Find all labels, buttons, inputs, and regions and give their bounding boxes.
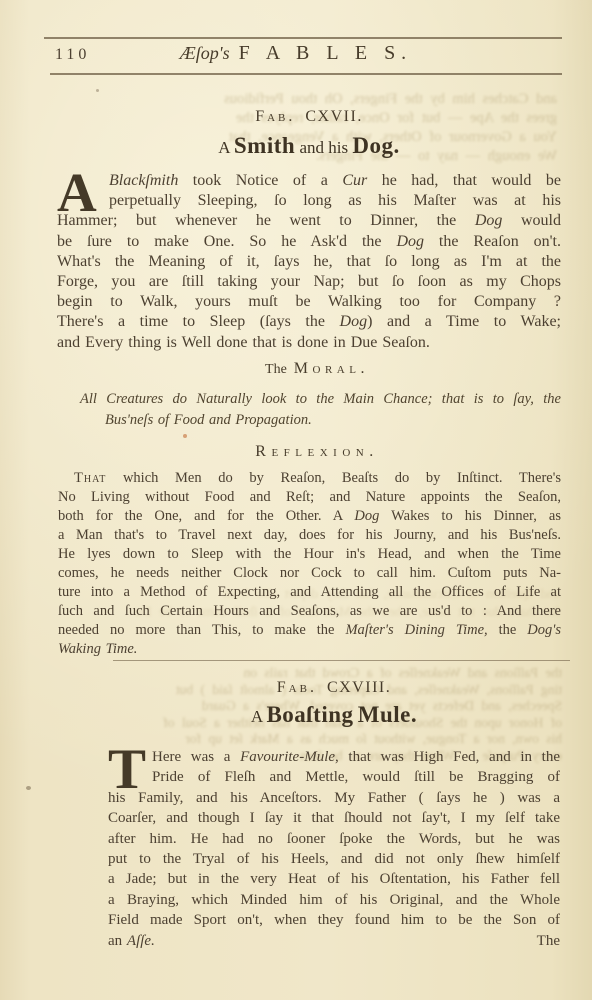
running-header-caps: F A B L E S. bbox=[239, 42, 413, 64]
fable-117-text-line: Forge, you are ſtill taking your Nap; bu… bbox=[57, 272, 561, 292]
bleedthrough-line: and Catches him by the Fingers, Oh thou … bbox=[57, 90, 557, 109]
fable-118-text-line: after him. He had no ſooner ſpoke the Wo… bbox=[108, 829, 560, 849]
fable-118-text: T Here was a Favourite-Mule, that was Hi… bbox=[108, 747, 560, 951]
fable-118-number-heading: Fab.CXVIII. bbox=[108, 679, 560, 697]
reflexion-text: That which Men do by Reaſon, Beaſts do b… bbox=[58, 469, 561, 659]
reflexion-text-line: He lyes down to Sleep with the Hour in's… bbox=[58, 545, 561, 564]
moral-heading-the: The bbox=[265, 362, 287, 377]
fable-117-text-line: There's a time to Sleep (ſays the Dog) a… bbox=[57, 312, 561, 332]
fable-117-title: A Smith and his Dog. bbox=[57, 133, 561, 159]
fable-118-text-line: a Braying, which Minded him of his Origi… bbox=[108, 890, 560, 910]
ink-speck bbox=[96, 89, 99, 92]
fab-numeral: CXVIII. bbox=[327, 679, 391, 696]
fable-118-text-line: his Family, and his Anceſtors. My Father… bbox=[108, 788, 560, 808]
title-roman-words: and his bbox=[299, 138, 348, 157]
reflexion-text-line: comes, he needs neither Clock nor Cock t… bbox=[58, 564, 561, 583]
reflexion-text-line: needed no more than This, to make the Ma… bbox=[58, 621, 561, 640]
fable-117-number-heading: Fab.CXVII. bbox=[57, 108, 561, 126]
fable-117-text-line: be ſure to make One. So he Ask'd the Dog… bbox=[57, 232, 561, 252]
fable-117-text-line: What's the Meaning of it, ſays he, that … bbox=[57, 252, 561, 272]
fable-118-text-line: Pride of Fleſh and Mettle, would ſtill b… bbox=[108, 767, 560, 787]
dropcap-a: A bbox=[57, 171, 109, 211]
section-divider-rule bbox=[113, 660, 570, 661]
fable-118-text-line: put to the Tryal of his Heels, and did n… bbox=[108, 849, 560, 869]
reflexion-text-line: ture into a Method of Expecting, and Att… bbox=[58, 583, 561, 602]
reflexion-text-line: a Man that's to Travel next day, does fo… bbox=[58, 526, 561, 545]
reflexion-text-line: both for the One, and for the Other. A D… bbox=[58, 507, 561, 526]
fab-label: Fab. bbox=[277, 679, 317, 696]
fable-118-text-line: a Jade; but in the very Heat of his Oſte… bbox=[108, 869, 560, 889]
reflexion-text-line: ſuch and ſuch Certain Hours and Seaſons,… bbox=[58, 602, 561, 621]
title-letter: A bbox=[218, 138, 229, 157]
catchword: The bbox=[537, 931, 560, 951]
fable-118-text-line: Coarſer, and though I ſay it that ſhould… bbox=[108, 808, 560, 828]
dropcap-t: T bbox=[108, 747, 152, 787]
moral-heading-word: Moral. bbox=[294, 360, 369, 377]
title-blackletter-word: Dog. bbox=[352, 133, 399, 158]
reflexion-heading-word: Reflexion. bbox=[255, 443, 378, 460]
header-rule-bottom bbox=[50, 73, 562, 75]
fable-117-text: A Blackſmith took Notice of a Cur he had… bbox=[57, 171, 561, 353]
header-rule-top bbox=[44, 37, 562, 39]
fable-117-text-line: perpetually Sleeping, ſo long as his Maſ… bbox=[57, 191, 561, 211]
fable-118-text-line: an Aſſe. bbox=[108, 931, 155, 951]
fable-118-title: A Boaſting Mule. bbox=[108, 702, 560, 728]
title-blackletter-word: Smith bbox=[234, 133, 295, 158]
title-blackletter-word: Mule. bbox=[358, 702, 417, 727]
fable-117-text-line: Hammer; but whenever he went to Dinner, … bbox=[57, 211, 561, 231]
fable-117-text-line: begin to Walk, yours muſt be Walking too… bbox=[57, 292, 561, 312]
moral-text-line: All Creatures do Naturally look to the M… bbox=[80, 389, 561, 410]
running-header-italic: Æſop's bbox=[180, 43, 230, 63]
book-page: and Catches him by the Fingers, Oh thou … bbox=[0, 0, 592, 1000]
fable-117-text-line: Blackſmith took Notice of a Cur he had, … bbox=[57, 171, 561, 191]
reflexion-text-line: That which Men do by Reaſon, Beaſts do b… bbox=[58, 469, 561, 488]
fab-label: Fab. bbox=[255, 108, 295, 125]
fable-118-text-line: Here was a Favourite-Mule, that was High… bbox=[108, 747, 560, 767]
running-header: Æſop'sF A B L E S. bbox=[0, 42, 592, 65]
reflexion-text-line: No Living without Food and Reſt; and Nat… bbox=[58, 488, 561, 507]
title-blackletter-word: Boaſting bbox=[266, 702, 353, 727]
title-letter: A bbox=[251, 707, 262, 726]
ink-speck bbox=[26, 786, 31, 790]
reflexion-heading: Reflexion. bbox=[57, 443, 577, 461]
moral-text: All Creatures do Naturally look to the M… bbox=[80, 389, 561, 430]
fable-118-text-line: Field made Sport on't, when they found h… bbox=[108, 910, 560, 930]
ink-speck bbox=[183, 434, 187, 438]
fab-numeral: CXVII. bbox=[305, 108, 362, 125]
moral-heading: TheMoral. bbox=[57, 360, 577, 378]
